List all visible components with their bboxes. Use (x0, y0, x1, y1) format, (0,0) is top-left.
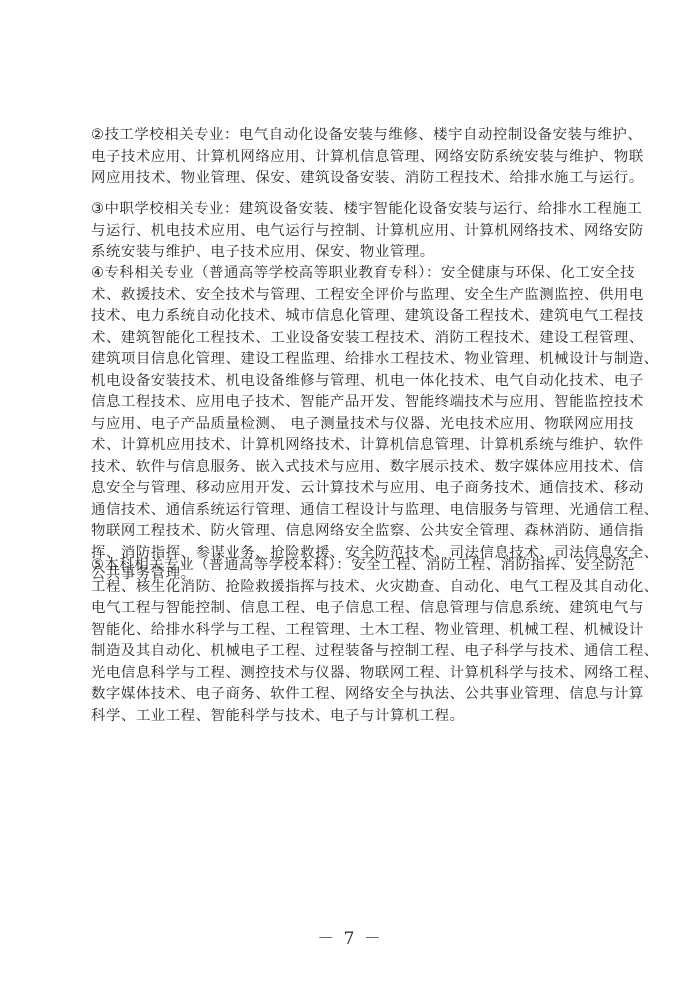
text-line: 术、救援技术、安全技术与管理、工程安全评价与监理、安全生产监测监控、供用电 (91, 285, 611, 307)
text-line: 与运行、机电技术应用、电气运行与控制、计算机应用、计算机网络技术、网络安防 (91, 221, 611, 243)
text-line: 网应用技术、物业管理、保安、建筑设备安装、消防工程技术、给排水施工与运行。 (91, 168, 611, 190)
text-line: ⑤本科相关专业（普通高等学校本科）：安全工程、消防工程、消防指挥、安全防范 (91, 555, 611, 577)
text-line: 技术、软件与信息服务、嵌入式技术与应用、数字展示技术、数字媒体应用技术、信 (91, 457, 611, 479)
text-line: 息安全与管理、移动应用开发、云计算技术与应用、电子商务技术、通信技术、移动 (91, 478, 611, 500)
text-line: ④专科相关专业（普通高等学校高等职业教育专科）：安全健康与环保、化工安全技 (91, 263, 611, 285)
text-line: 工程、核生化消防、抢险救援指挥与技术、火灾勘查、自动化、电气工程及其自动化、 (91, 577, 611, 599)
text-line: 系统安装与维护、电子技术应用、保安、物业管理。 (91, 242, 611, 264)
text-line: 光电信息科学与工程、测控技术与仪器、物联网工程、计算机科学与技术、网络工程、 (91, 663, 611, 685)
text-line: 通信技术、通信系统运行管理、通信工程设计与监理、电信服务与管理、光通信工程、 (91, 500, 611, 522)
text-line: 数字媒体技术、电子商务、软件工程、网络安全与执法、公共事业管理、信息与计算 (91, 684, 611, 706)
section-technical-school-majors: ②技工学校相关专业：电气自动化设备安装与维修、楼宇自动控制设备安装与维护、 电子… (91, 125, 611, 190)
text-line: ③中职学校相关专业：建筑设备安装、楼宇智能化设备安装与运行、给排水工程施工 (91, 199, 611, 221)
section-college-majors: ④专科相关专业（普通高等学校高等职业教育专科）：安全健康与环保、化工安全技 术、… (91, 263, 611, 586)
text-line: 科学、工业工程、智能科学与技术、电子与计算机工程。 (91, 706, 611, 728)
document-page: ②技工学校相关专业：电气自动化设备安装与维修、楼宇自动控制设备安装与维护、 电子… (0, 0, 700, 989)
text-line: 术、计算机应用技术、计算机网络技术、计算机信息管理、计算机系统与维护、软件 (91, 435, 611, 457)
text-line: 电气工程与智能控制、信息工程、电子信息工程、信息管理与信息系统、建筑电气与 (91, 598, 611, 620)
text-line: 机电设备安装技术、机电设备维修与管理、机电一体化技术、电气自动化技术、电子 (91, 371, 611, 393)
text-line: 与应用、电子产品质量检测、 电子测量技术与仪器、光电技术应用、物联网应用技 (91, 414, 611, 436)
section-undergraduate-majors: ⑤本科相关专业（普通高等学校本科）：安全工程、消防工程、消防指挥、安全防范 工程… (91, 555, 611, 727)
text-line: 电子技术应用、计算机网络应用、计算机信息管理、网络安防系统安装与维护、物联 (91, 147, 611, 169)
page-number: － 7 － (0, 924, 700, 949)
text-line: 术、建筑智能化工程技术、工业设备安装工程技术、消防工程技术、建设工程管理、 (91, 328, 611, 350)
text-line: 物联网工程技术、防火管理、信息网络安全监察、公共安全管理、森林消防、通信指 (91, 521, 611, 543)
section-vocational-school-majors: ③中职学校相关专业：建筑设备安装、楼宇智能化设备安装与运行、给排水工程施工 与运… (91, 199, 611, 264)
text-line: 智能化、给排水科学与工程、工程管理、土木工程、物业管理、机械工程、机械设计 (91, 620, 611, 642)
text-line: ②技工学校相关专业：电气自动化设备安装与维修、楼宇自动控制设备安装与维护、 (91, 125, 611, 147)
text-line: 制造及其自动化、机械电子工程、过程装备与控制工程、电子科学与技术、通信工程、 (91, 641, 611, 663)
text-line: 信息工程技术、应用电子技术、智能产品开发、智能终端技术与应用、智能监控技术 (91, 392, 611, 414)
text-line: 建筑项目信息化管理、建设工程监理、给排水工程技术、物业管理、机械设计与制造、 (91, 349, 611, 371)
text-line: 技术、电力系统自动化技术、城市信息化管理、建筑设备工程技术、建筑电气工程技 (91, 306, 611, 328)
